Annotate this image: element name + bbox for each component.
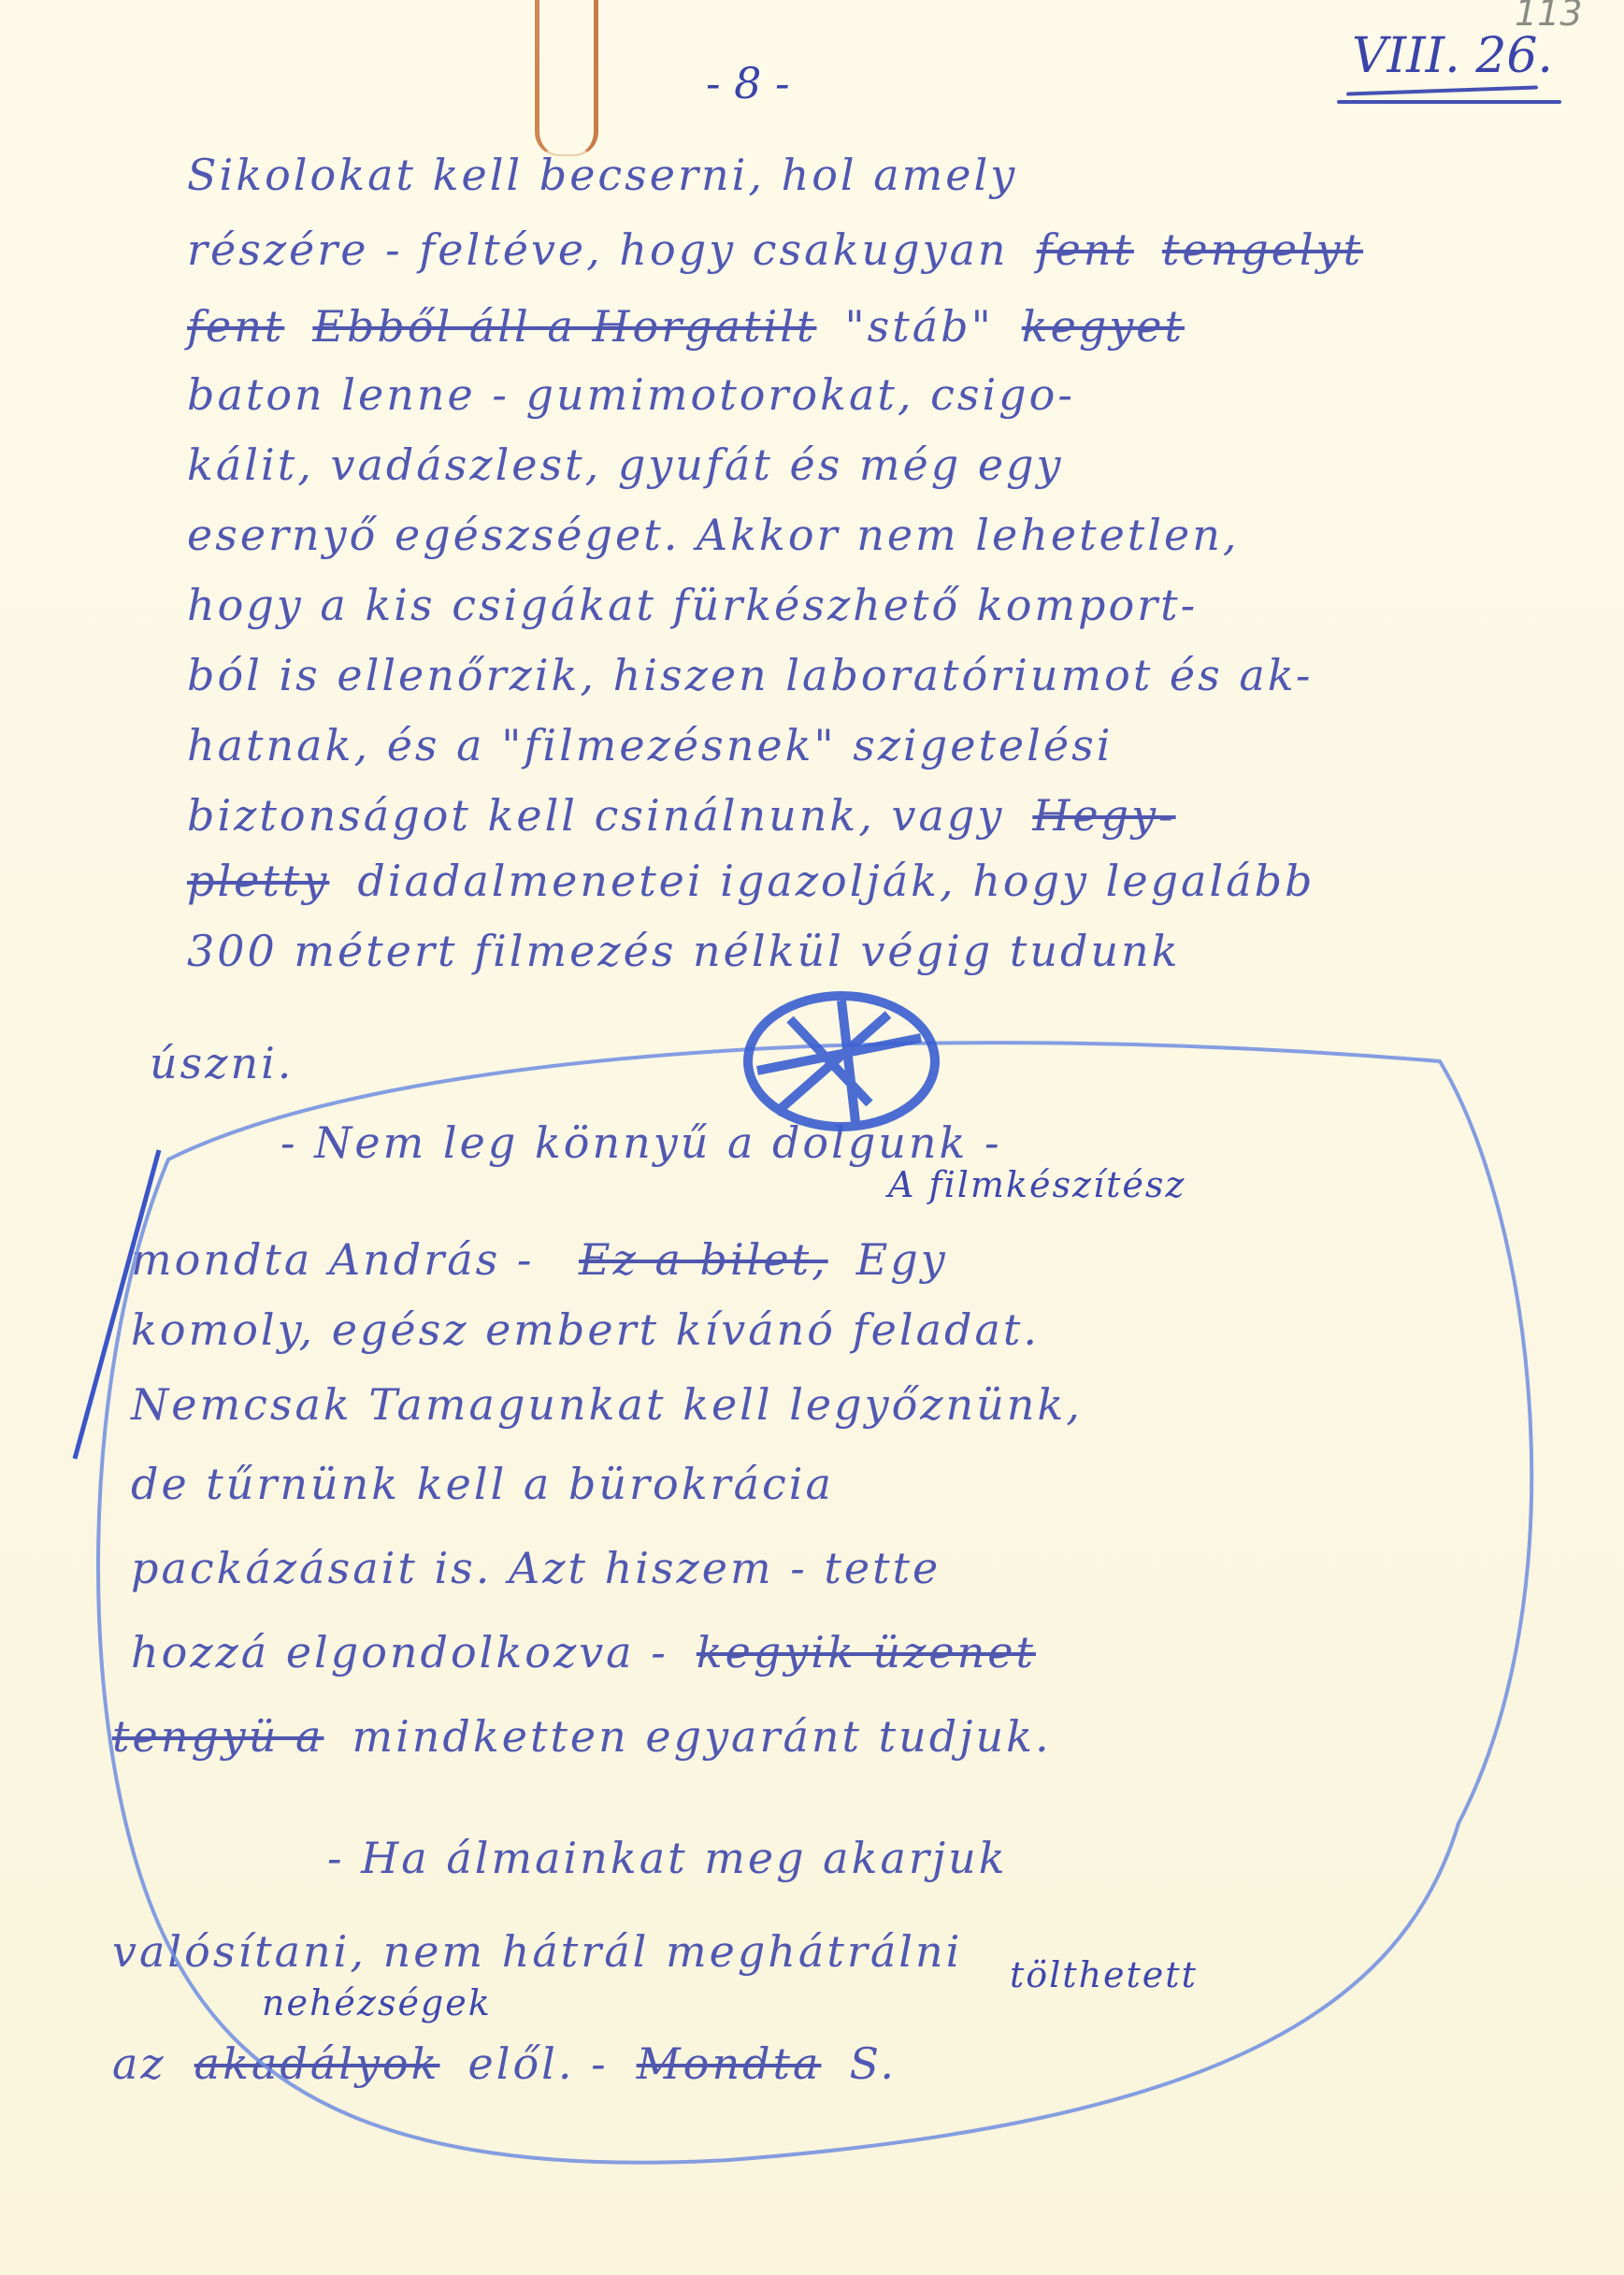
wheel-sketch bbox=[748, 996, 935, 1127]
enclosing-circle bbox=[98, 1043, 1531, 2163]
pencil-sketch-overlay bbox=[0, 0, 1624, 2275]
